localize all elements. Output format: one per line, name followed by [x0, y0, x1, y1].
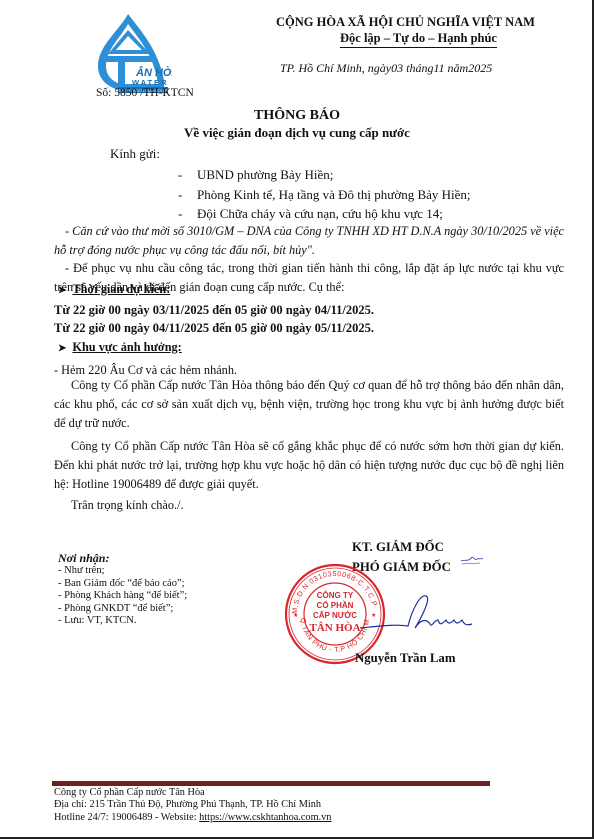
document-title: THÔNG BÁO [0, 108, 594, 124]
motto: Độc lập – Tự do – Hạnh phúc [340, 31, 497, 48]
footer: Công ty Cổ phần Cấp nước Tân Hòa Địa chỉ… [54, 787, 331, 824]
receiver-item: - Phòng Khách hàng “để biết”; [58, 590, 187, 603]
basis-paragraph: - Căn cứ vào thư mời số 3010/GM – DNA củ… [54, 222, 564, 259]
recipient-list: UBND phường Bảy Hiền; Phòng Kinh tế, Hạ … [178, 165, 471, 224]
initials-scribble-icon [460, 553, 484, 565]
notice-paragraph: Công ty Cổ phần Cấp nước Tân Hòa thông b… [54, 376, 564, 433]
signatory-name: Nguyễn Trần Lam [355, 651, 456, 666]
svg-text:★: ★ [293, 612, 298, 619]
document-subtitle: Về việc gián đoạn dịch vụ cung cấp nước [0, 125, 594, 141]
arrow-bullet-icon: ➤ [58, 285, 66, 296]
tan-hoa-water-logo-icon: ÂN HÒA WATER NƯỚC SẠCH CỦA MỌI NHÀ [88, 10, 172, 94]
nation-header: CỘNG HÒA XÃ HỘI CHỦ NGHĨA VIỆT NAM [276, 15, 535, 30]
arrow-bullet-icon: ➤ [58, 343, 66, 354]
receiver-item: - Lưu: VT, KTCN. [58, 615, 187, 628]
place-date: TP. Hồ Chí Minh, ngày03 tháng11 năm2025 [280, 61, 492, 76]
recipient-item: Phòng Kinh tế, Hạ tầng và Đô thị phường … [178, 185, 471, 205]
footer-contact: Hotline 24/7: 19006489 - Website: https:… [54, 812, 331, 824]
receivers-title: Nơi nhận: [58, 551, 109, 566]
svg-text:WATER: WATER [132, 78, 169, 87]
receiver-item: - Như trên; [58, 565, 187, 578]
receivers-list: - Như trên; - Ban Giám đốc “để báo cáo”;… [58, 565, 187, 628]
document-number: Số: 5850 /TH-KTCN [96, 87, 194, 99]
website-link[interactable]: https://www.cskhtanhoa.com.vn [199, 812, 331, 823]
footer-divider [52, 781, 490, 786]
svg-text:CÔNG TY: CÔNG TY [317, 591, 354, 600]
footer-hotline: Hotline 24/7: 19006489 - Website: [54, 812, 199, 823]
recipient-item: Đội Chữa cháy và cứu nạn, cứu hộ khu vực… [178, 204, 471, 224]
footer-company: Công ty Cổ phần Cấp nước Tân Hòa [54, 787, 331, 799]
time-slot: Từ 22 giờ 00 ngày 03/11/2025 đến 05 giờ … [54, 301, 564, 320]
commitment-block: Công ty Cổ phần Cấp nước Tân Hòa sẽ cố g… [54, 437, 564, 515]
recipient-item: UBND phường Bảy Hiền; [178, 165, 471, 185]
receiver-item: - Phòng GNKDT “để biết”; [58, 603, 187, 616]
handwritten-signature-icon [360, 590, 510, 640]
svg-text:CẤP NƯỚC: CẤP NƯỚC [313, 610, 357, 620]
footer-address: Địa chỉ: 215 Trần Thủ Độ, Phường Phú Thạ… [54, 799, 331, 811]
notice-block: Công ty Cổ phần Cấp nước Tân Hòa thông b… [54, 376, 564, 433]
time-heading: ➤Thời gian dự kiến: [54, 280, 564, 301]
area-heading: ➤Khu vực ảnh hưởng: [54, 338, 564, 359]
signature-title: KT. GIÁM ĐỐC [352, 540, 444, 555]
time-section: ➤Thời gian dự kiến: Từ 22 giờ 00 ngày 03… [54, 280, 564, 380]
salutation: Kính gửi: [110, 146, 160, 162]
time-slot: Từ 22 giờ 00 ngày 04/11/2025 đến 05 giờ … [54, 319, 564, 338]
closing-line: Trân trọng kính chào./. [54, 496, 564, 515]
svg-text:TÂN HÒA: TÂN HÒA [309, 622, 360, 634]
commitment-paragraph: Công ty Cổ phần Cấp nước Tân Hòa sẽ cố g… [54, 437, 564, 494]
receiver-item: - Ban Giám đốc “để báo cáo”; [58, 578, 187, 591]
svg-text:CỔ PHẦN: CỔ PHẦN [317, 600, 354, 610]
